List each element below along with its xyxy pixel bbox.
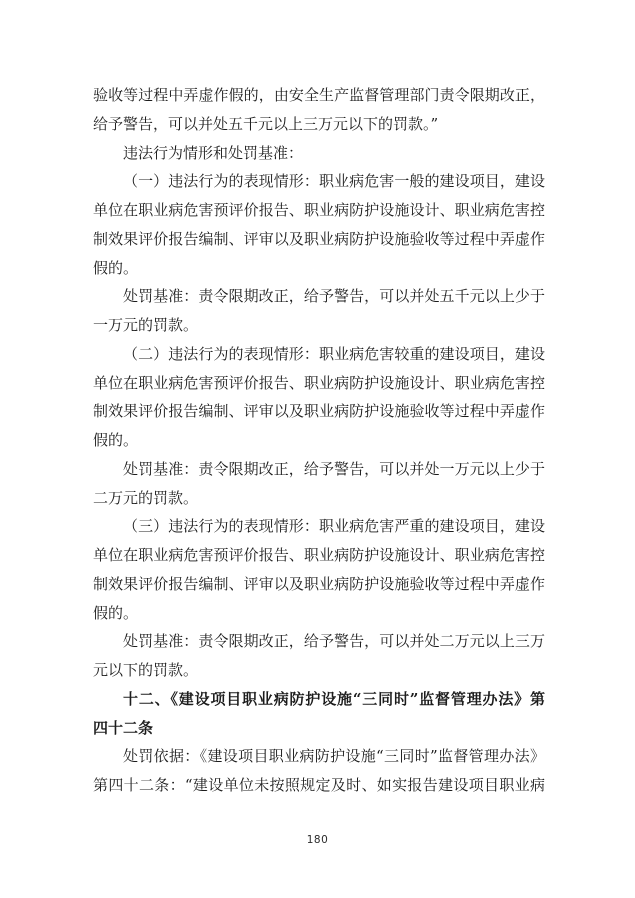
text-line: （三）违法行为的表现情形：职业病危害严重的建设项目，建设 <box>93 512 545 541</box>
page-number: 180 <box>307 834 329 846</box>
text-line: 给予警告，可以并处五千元以上三万元以下的罚款。” <box>93 110 545 139</box>
text-line: 处罚基准：责令限期改正，给予警告，可以并处一万元以上少于 <box>93 455 545 484</box>
text-line: 元以下的罚款。 <box>93 656 545 685</box>
document-page: 验收等过程中弄虚作假的，由安全生产监督管理部门责令限期改正，给予警告，可以并处五… <box>0 0 635 898</box>
text-line: 违法行为情形和处罚基准： <box>93 139 545 168</box>
text-line: 制效果评价报告编制、评审以及职业病防护设施验收等过程中弄虚作 <box>93 570 545 599</box>
text-line: 二万元的罚款。 <box>93 484 545 513</box>
text-line: 单位在职业病危害预评价报告、职业病防护设施设计、职业病危害控 <box>93 369 545 398</box>
text-line: （二）违法行为的表现情形：职业病危害较重的建设项目，建设 <box>93 340 545 369</box>
text-line: 验收等过程中弄虚作假的，由安全生产监督管理部门责令限期改正， <box>93 81 545 110</box>
text-line: 单位在职业病危害预评价报告、职业病防护设施设计、职业病危害控 <box>93 541 545 570</box>
text-line: 假的。 <box>93 254 545 283</box>
text-line: 假的。 <box>93 599 545 628</box>
text-line: 第四十二条：“建设单位未按照规定及时、如实报告建设项目职业病 <box>93 771 545 800</box>
text-line: 处罚基准：责令限期改正，给予警告，可以并处二万元以上三万 <box>93 627 545 656</box>
heading-line: 四十二条 <box>93 714 545 743</box>
text-line: 假的。 <box>93 426 545 455</box>
text-line: 处罚依据：《建设项目职业病防护设施“三同时”监督管理办法》 <box>93 742 545 771</box>
document-body: 验收等过程中弄虚作假的，由安全生产监督管理部门责令限期改正，给予警告，可以并处五… <box>93 81 545 800</box>
text-line: （一）违法行为的表现情形：职业病危害一般的建设项目，建设 <box>93 167 545 196</box>
text-line: 一万元的罚款。 <box>93 311 545 340</box>
heading-line: 十二、《建设项目职业病防护设施“三同时”监督管理办法》第 <box>93 685 545 714</box>
text-line: 制效果评价报告编制、评审以及职业病防护设施验收等过程中弄虚作 <box>93 225 545 254</box>
page-footer: 180 <box>0 828 635 847</box>
text-line: 单位在职业病危害预评价报告、职业病防护设施设计、职业病危害控 <box>93 196 545 225</box>
text-line: 制效果评价报告编制、评审以及职业病防护设施验收等过程中弄虚作 <box>93 397 545 426</box>
text-line: 处罚基准：责令限期改正，给予警告，可以并处五千元以上少于 <box>93 282 545 311</box>
